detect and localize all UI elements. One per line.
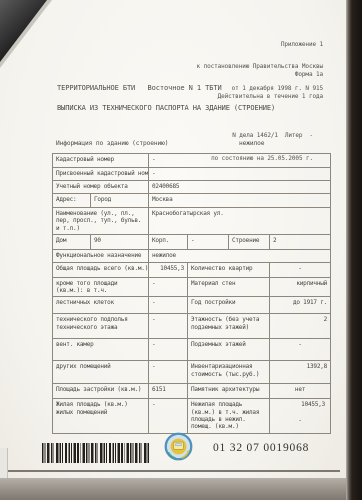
vent-chambers-label: вент. камер xyxy=(53,339,149,361)
nonliving-area-values: 10455,3 - xyxy=(270,399,331,433)
footer-rule xyxy=(3,470,340,472)
paper-edge-sliver xyxy=(0,448,8,478)
total-area-label: Общая площадь всего (кв.м.) xyxy=(53,262,149,277)
table-row: вент. камер - Подземных этажей - xyxy=(53,339,331,361)
year-built-label: Год постройки xyxy=(188,297,270,314)
table-row: Учетный номер объекта 02400685 xyxy=(53,181,331,194)
cadastral-value: - xyxy=(149,154,331,168)
basement-floors-value: - xyxy=(270,339,331,361)
document-title: ВЫПИСКА ИЗ ТЕХНИЧЕСКОГО ПАСПОРТА НА ЗДАН… xyxy=(57,104,275,112)
nonliving-total-value: 10455,3 xyxy=(273,401,327,408)
besides-area-value: - xyxy=(149,277,188,297)
korpus-value: - xyxy=(188,234,229,249)
building-info-label: Информация по зданию (строению) xyxy=(56,140,168,147)
house-label: Дом xyxy=(53,234,91,249)
street-name-label: Наименование (ул., пл., пер, просп., туп… xyxy=(53,208,149,235)
paper-sheet: Приложение 1 к постановлению Правительст… xyxy=(0,0,347,478)
stairwells-label: лестничных клеток xyxy=(53,297,149,314)
nonliving-living-value: - xyxy=(273,417,327,424)
house-value: 90 xyxy=(91,234,149,249)
total-area-value: 10455,3 xyxy=(149,262,188,277)
document-number: 01 32 07 0019068 xyxy=(213,442,309,454)
stairwells-value: - xyxy=(149,297,188,314)
besides-area-label: кроме того площади (кв.м.): в т.ч. xyxy=(53,277,149,297)
function-value: нежилое xyxy=(149,249,331,262)
underfloor-value: - xyxy=(149,314,188,339)
table-row: лестничных клеток - Год постройки до 191… xyxy=(53,297,331,314)
inventory-cost-label: Инвентаризационная стоимость (тыс.руб.) xyxy=(188,361,270,384)
organization-line: ТЕРРИТОРИАЛЬНОЕ БТИ Восточное N 1 ТБТИ xyxy=(57,84,222,92)
address-city-label: Город xyxy=(91,194,149,208)
footprint-area-label: Площадь застройки (кв.м.) xyxy=(53,384,149,399)
underfloor-label: технического подполья технического этажа xyxy=(53,314,149,339)
table-row: Площадь застройки (кв.м.) 6151 Памятник … xyxy=(53,384,331,399)
address-label: Адрес: xyxy=(53,194,91,208)
street-name-value: Краснобогатырская ул. xyxy=(149,208,331,235)
table-row: технического подполья технического этажа… xyxy=(53,314,331,339)
holographic-seal-icon xyxy=(164,432,193,461)
table-row: Наименование (ул., пл., пер, просп., туп… xyxy=(53,208,331,235)
object-number-value: 02400685 xyxy=(149,181,331,194)
other-premises-value: - xyxy=(149,361,188,384)
monument-value: нет xyxy=(270,384,331,399)
stroenie-value: 2 xyxy=(270,234,331,249)
other-premises-label: других помещений xyxy=(53,361,149,384)
apartments-value: - xyxy=(270,262,331,277)
inventory-cost-value: 1392,8 xyxy=(270,361,331,384)
korpus-label: Корп. xyxy=(149,234,188,249)
apartments-label: Количество квартир xyxy=(188,262,270,277)
walls-value: кирпичный xyxy=(270,277,331,297)
floors-label: Этажность (без учета подземных этажей) xyxy=(188,314,270,339)
address-city-value: Москва xyxy=(149,194,331,208)
assigned-cadastral-value: - xyxy=(149,168,331,181)
basement-floors-label: Подземных этажей xyxy=(188,339,270,361)
barcode xyxy=(42,443,150,463)
form-number: Форма 1а xyxy=(218,71,323,78)
annex-line-1: Приложение 1 xyxy=(197,41,323,48)
nonliving-area-label: Нежилая площадь (кв.м.) в т.ч. жилая пло… xyxy=(188,399,270,433)
object-number-label: Учетный номер объекта xyxy=(53,181,149,194)
stroenie-label: Строение xyxy=(229,234,270,249)
table-row: Кадастровый номер - xyxy=(53,154,331,168)
building-info-value: нежилое xyxy=(239,140,264,147)
walls-label: Материал стен xyxy=(188,277,270,297)
form-validity: Действительна в течение 1 года xyxy=(218,93,323,100)
scanner-background-right xyxy=(346,0,362,500)
scanner-background-bottom xyxy=(0,478,346,500)
table-row: кроме того площади (кв.м.): в т.ч. - Мат… xyxy=(53,277,331,297)
function-label: Функциональное назначение xyxy=(53,249,149,262)
living-area-label: Жилая площадь (кв.м.) жилых помещений xyxy=(53,399,149,433)
living-area-value: - xyxy=(149,399,188,433)
table-row: других помещений - Инвентаризационная ст… xyxy=(53,361,331,384)
footprint-area-value: 6151 xyxy=(149,384,188,399)
scanned-document-page: Приложение 1 к постановлению Правительст… xyxy=(0,0,362,500)
table-row: Дом 90 Корп. - Строение 2 xyxy=(53,234,331,249)
table-row: Жилая площадь (кв.м.) жилых помещений - … xyxy=(53,399,331,433)
floors-value: 2 xyxy=(270,314,331,339)
cadastral-label: Кадастровый номер xyxy=(53,154,149,168)
assigned-cadastral-label: Присвоенный кадастровый номер xyxy=(53,168,149,181)
year-built-value: до 1917 г. xyxy=(270,297,331,314)
case-number-line: N дела 1462/1 Литер - xyxy=(211,132,313,140)
vent-chambers-value: - xyxy=(149,339,188,361)
table-row: Функциональное назначение нежилое xyxy=(53,249,331,262)
table-row: Присвоенный кадастровый номер - xyxy=(53,168,331,181)
monument-label: Памятник архитектуры xyxy=(188,384,270,399)
building-data-table: Кадастровый номер - Присвоенный кадастро… xyxy=(52,153,331,434)
table-row: Общая площадь всего (кв.м.) 10455,3 Коли… xyxy=(53,262,331,277)
table-row: Адрес: Город Москва xyxy=(53,194,331,208)
